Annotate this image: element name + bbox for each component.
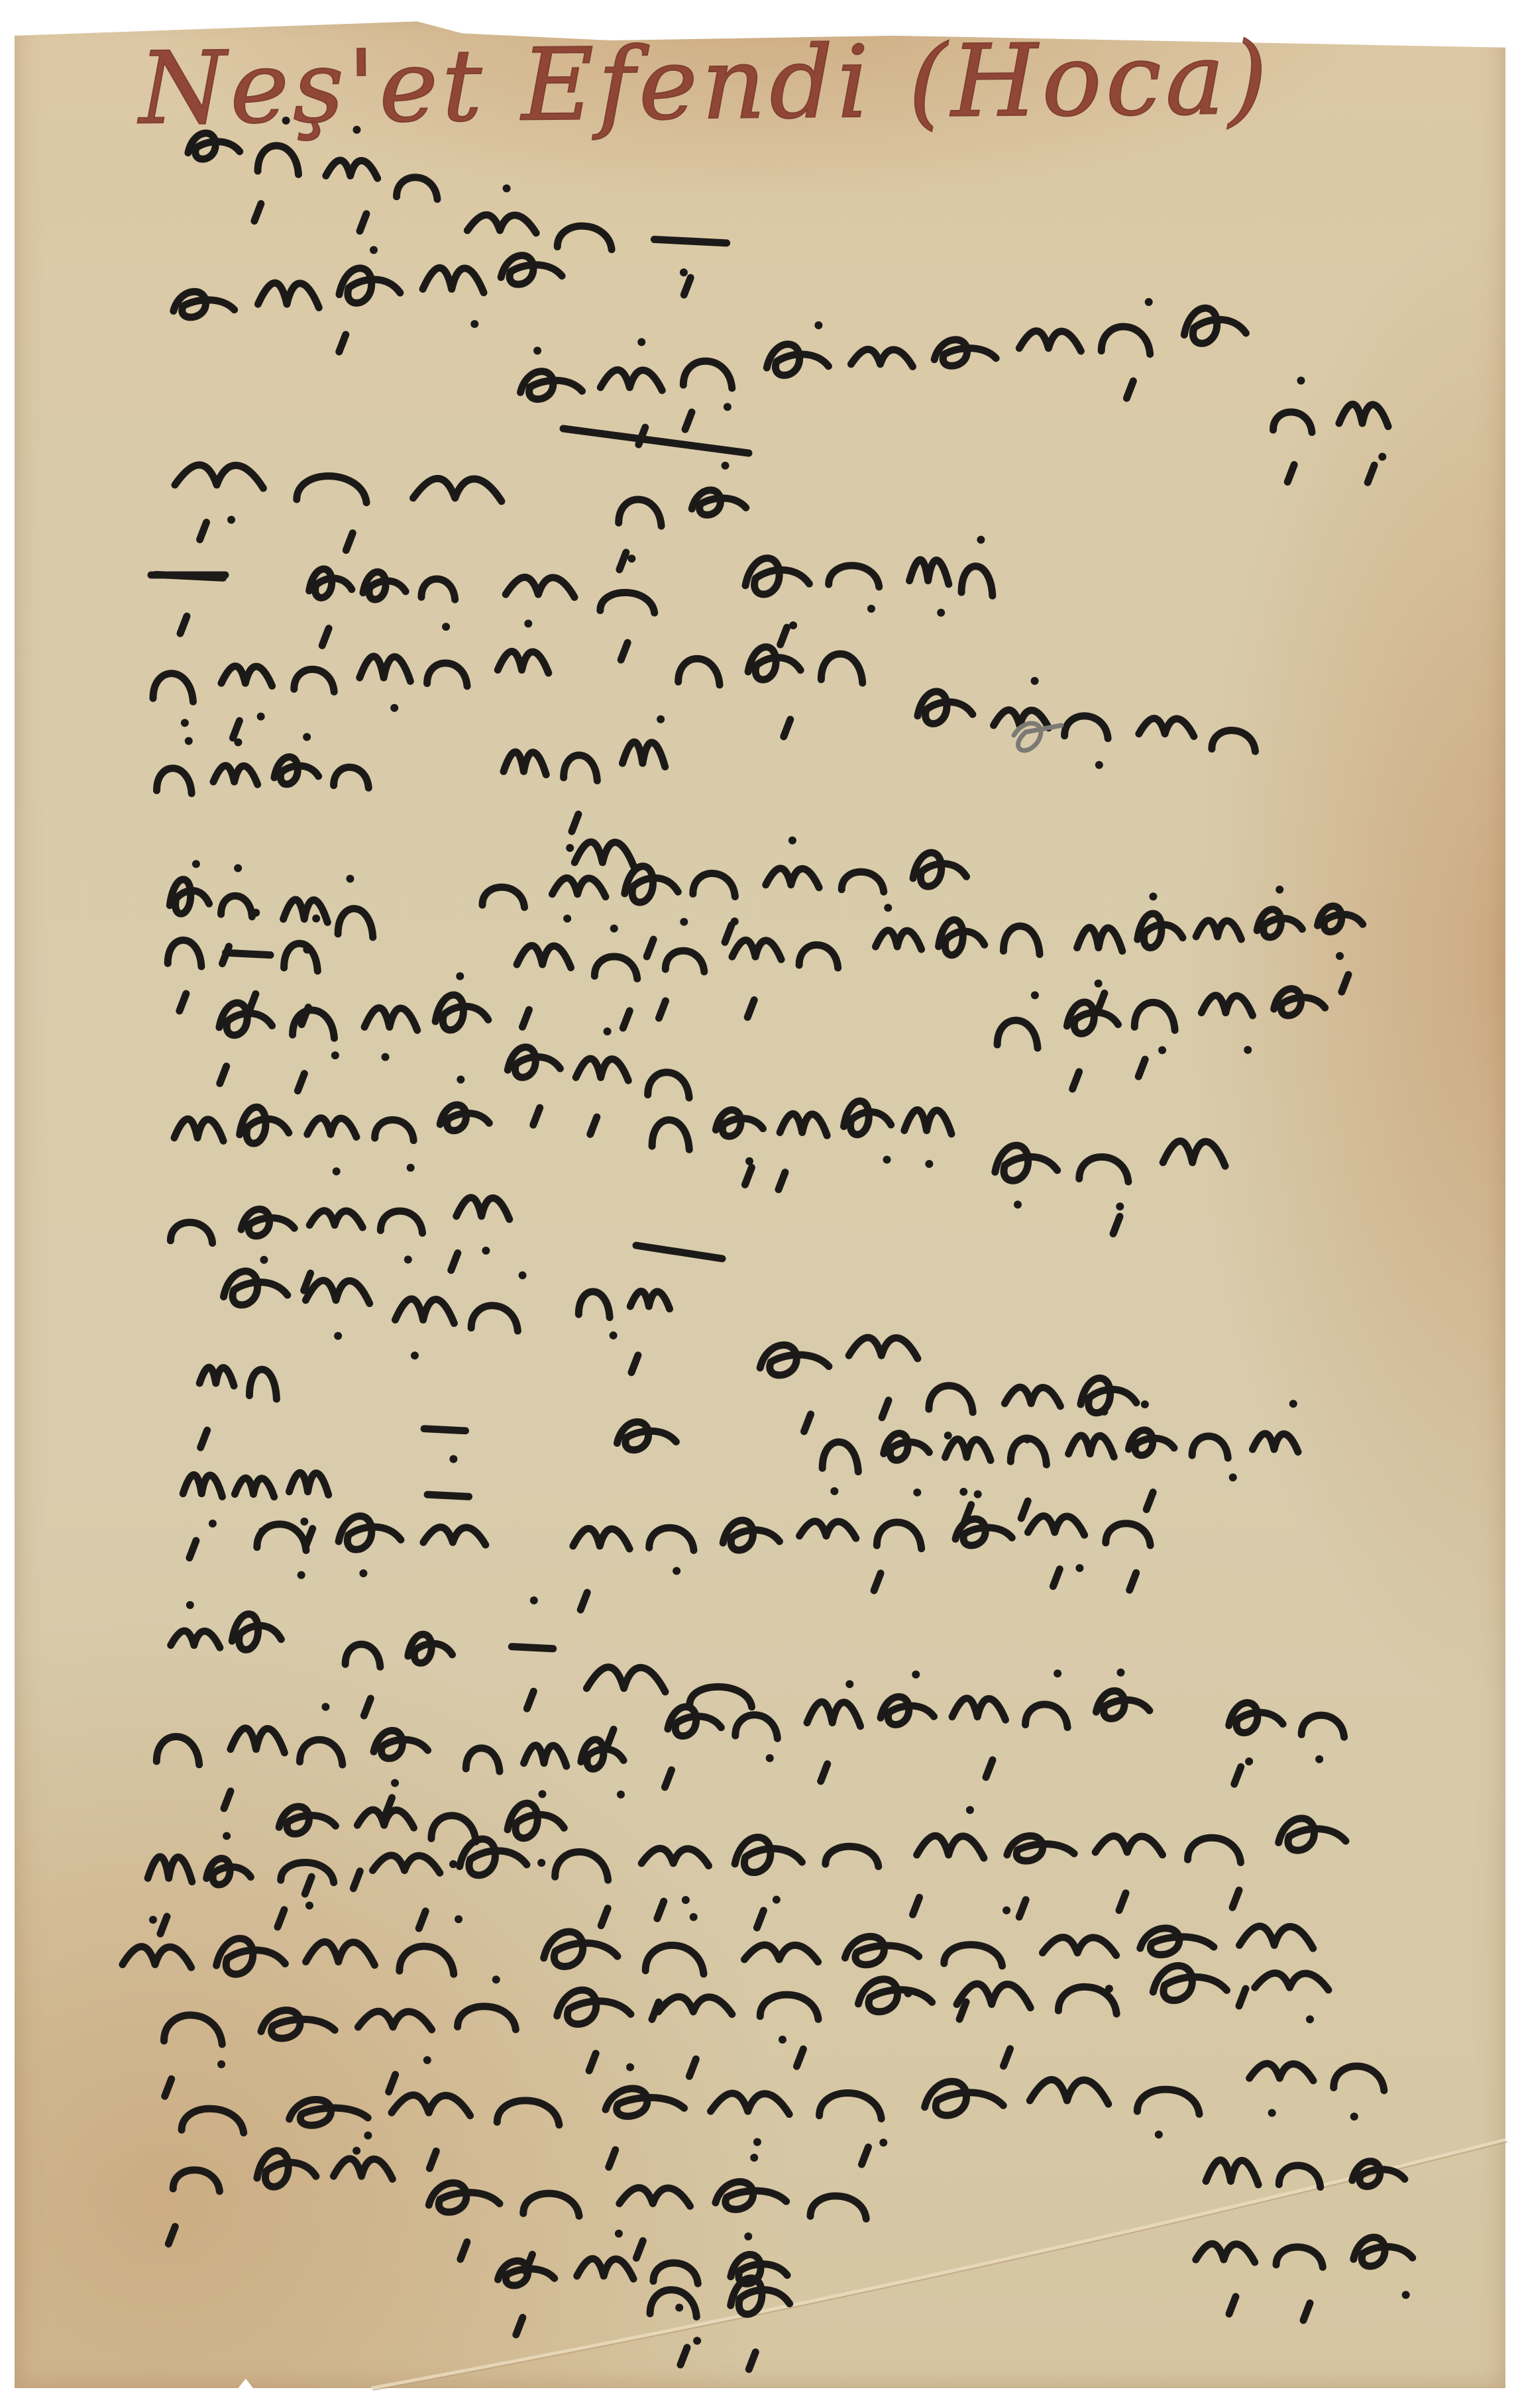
shorthand-line: [427, 1494, 468, 1496]
shorthand-line: [156, 1703, 427, 1815]
shorthand-line: [1077, 886, 1363, 1010]
shorthand-line: [997, 989, 1325, 1089]
shorthand-line: [199, 1367, 276, 1447]
shorthand-line: [578, 1291, 669, 1373]
shorthand-line: [171, 1601, 282, 1649]
shorthand-line: [504, 715, 665, 831]
shorthand-line: [665, 1669, 1149, 1787]
pencil-mark: [1014, 723, 1061, 751]
shorthand-line: [619, 462, 746, 570]
shorthand-line: [395, 1271, 526, 1359]
shorthand-line: [429, 2154, 866, 2272]
shorthand-line: [175, 465, 502, 550]
shorthand-line: [875, 904, 1040, 955]
shorthand-line: [652, 1101, 951, 1190]
shorthand-line: [123, 1915, 462, 1974]
shorthand-line: [822, 1400, 1298, 1522]
shorthand-line: [1206, 2160, 1405, 2187]
shorthand-line: [574, 842, 633, 866]
shorthand-text-body: [0, 0, 1518, 2408]
shorthand-line: [918, 677, 1255, 769]
shorthand-line: [466, 1740, 625, 1799]
shorthand-line: [1250, 2064, 1384, 2120]
shorthand-line: [512, 1597, 553, 1708]
shorthand-line: [188, 117, 437, 231]
shorthand-line: [573, 1487, 1150, 1610]
shorthand-line: [309, 569, 455, 645]
shorthand-line: [617, 1422, 676, 1450]
shorthand-line: [257, 1516, 486, 1579]
underline-rule: [563, 429, 749, 453]
shorthand-line: [678, 621, 863, 737]
shorthand-line: [170, 1198, 509, 1290]
shorthand-line: [156, 574, 223, 633]
shorthand-line: [586, 1667, 751, 1747]
shorthand-line: [995, 1141, 1225, 1234]
shorthand-line: [1273, 377, 1388, 483]
shorthand-line: [520, 298, 1246, 445]
shorthand-line: [910, 536, 993, 617]
shorthand-line: [1196, 2237, 1413, 2320]
shorthand-line: [164, 1965, 1328, 2096]
shorthand-line: [153, 619, 549, 738]
shorthand-line: [174, 1076, 489, 1176]
shorthand-line: [506, 554, 654, 660]
shorthand-line: [659, 918, 838, 1018]
shorthand-line: [424, 1429, 465, 1463]
shorthand-line: [174, 246, 562, 352]
shorthand-line: [760, 1337, 918, 1432]
shorthand-line: [745, 558, 879, 645]
shorthand-line: [517, 915, 637, 1028]
shorthand-line: [650, 2278, 790, 2370]
shorthand-line: [157, 733, 369, 794]
shorthand-line: [219, 972, 488, 1091]
shorthand-line: [170, 860, 252, 963]
shorthand-line: [279, 1779, 564, 1894]
shorthand-line: [345, 1634, 452, 1716]
shorthand-line: [1229, 1702, 1344, 1784]
shorthand-line: [223, 1271, 369, 1340]
underline-rule: [636, 1245, 722, 1259]
shorthand-line: [148, 1832, 250, 1934]
